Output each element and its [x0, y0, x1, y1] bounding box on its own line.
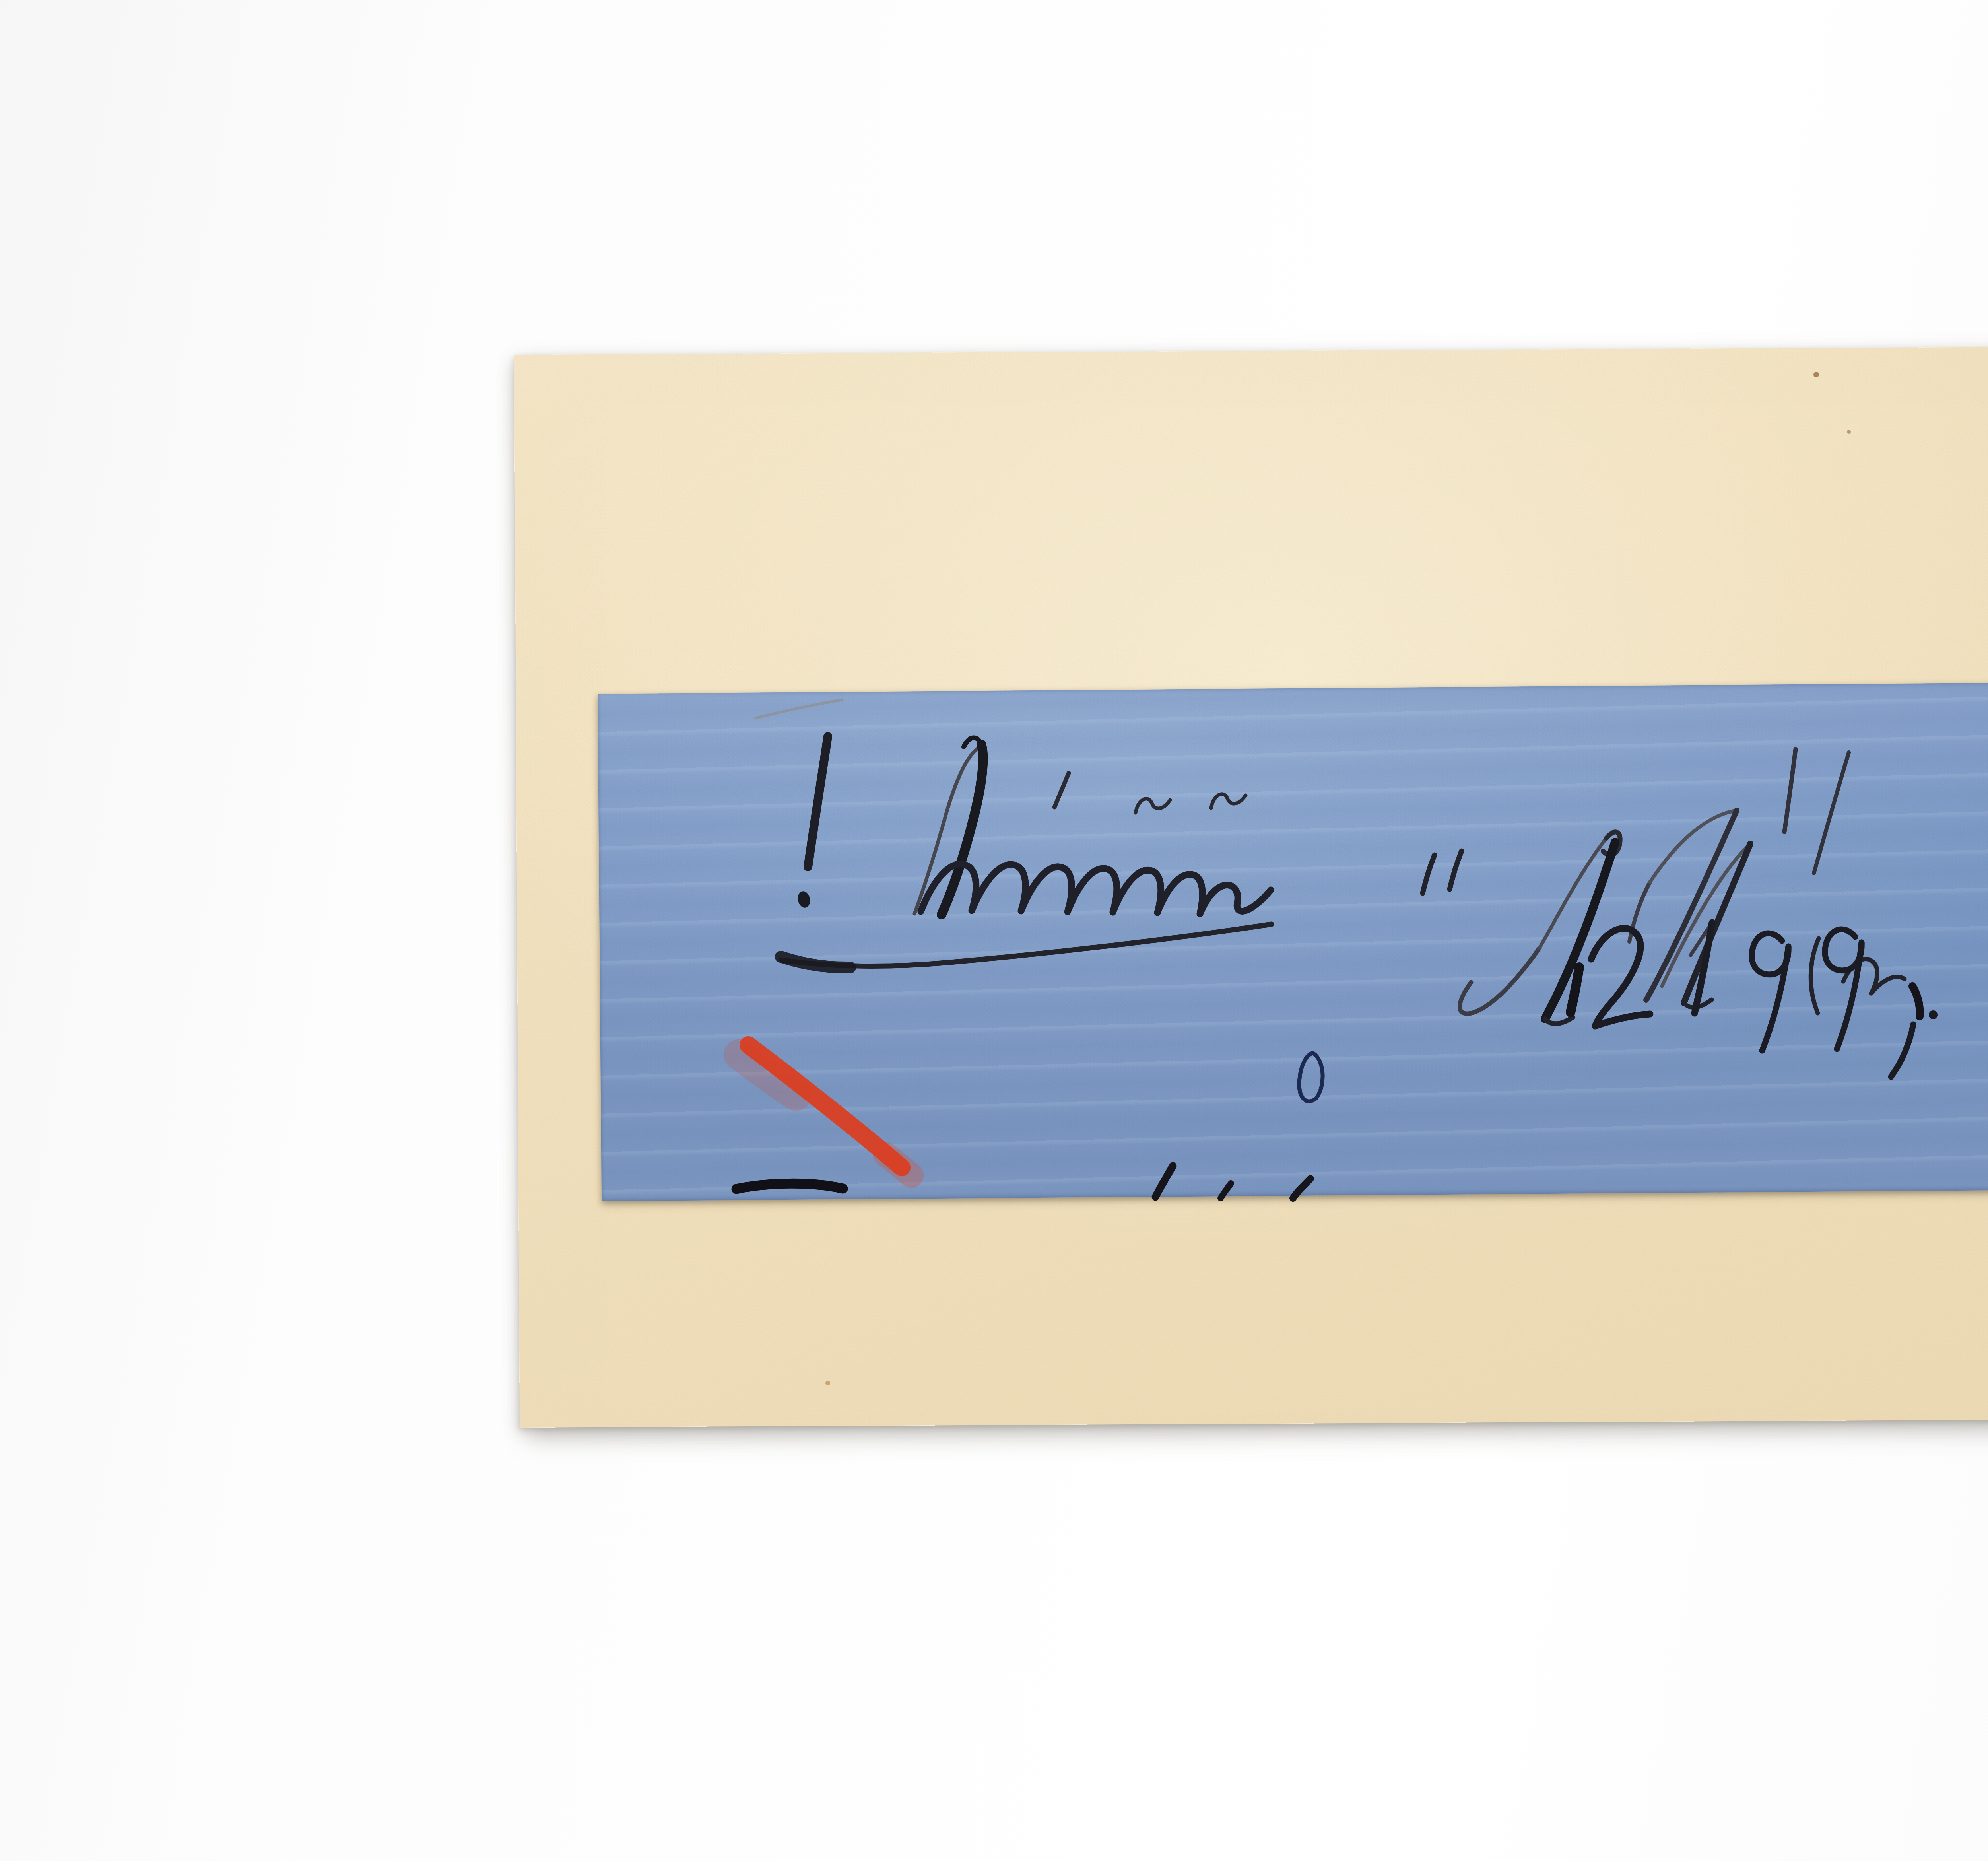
slip-grain-texture — [598, 680, 1988, 1201]
blue-slip — [598, 680, 1988, 1201]
transcription: ! Kärrä „A. M“ (r. M. v.) 2199, 1; furth… — [0, 0, 0, 0]
photo-stage: ! Kärrä „A. M“ (r. M. v.) 2199, 1; furth… — [0, 0, 1988, 1861]
transcription-line1-left: ! Kärrä — [0, 0, 0, 0]
